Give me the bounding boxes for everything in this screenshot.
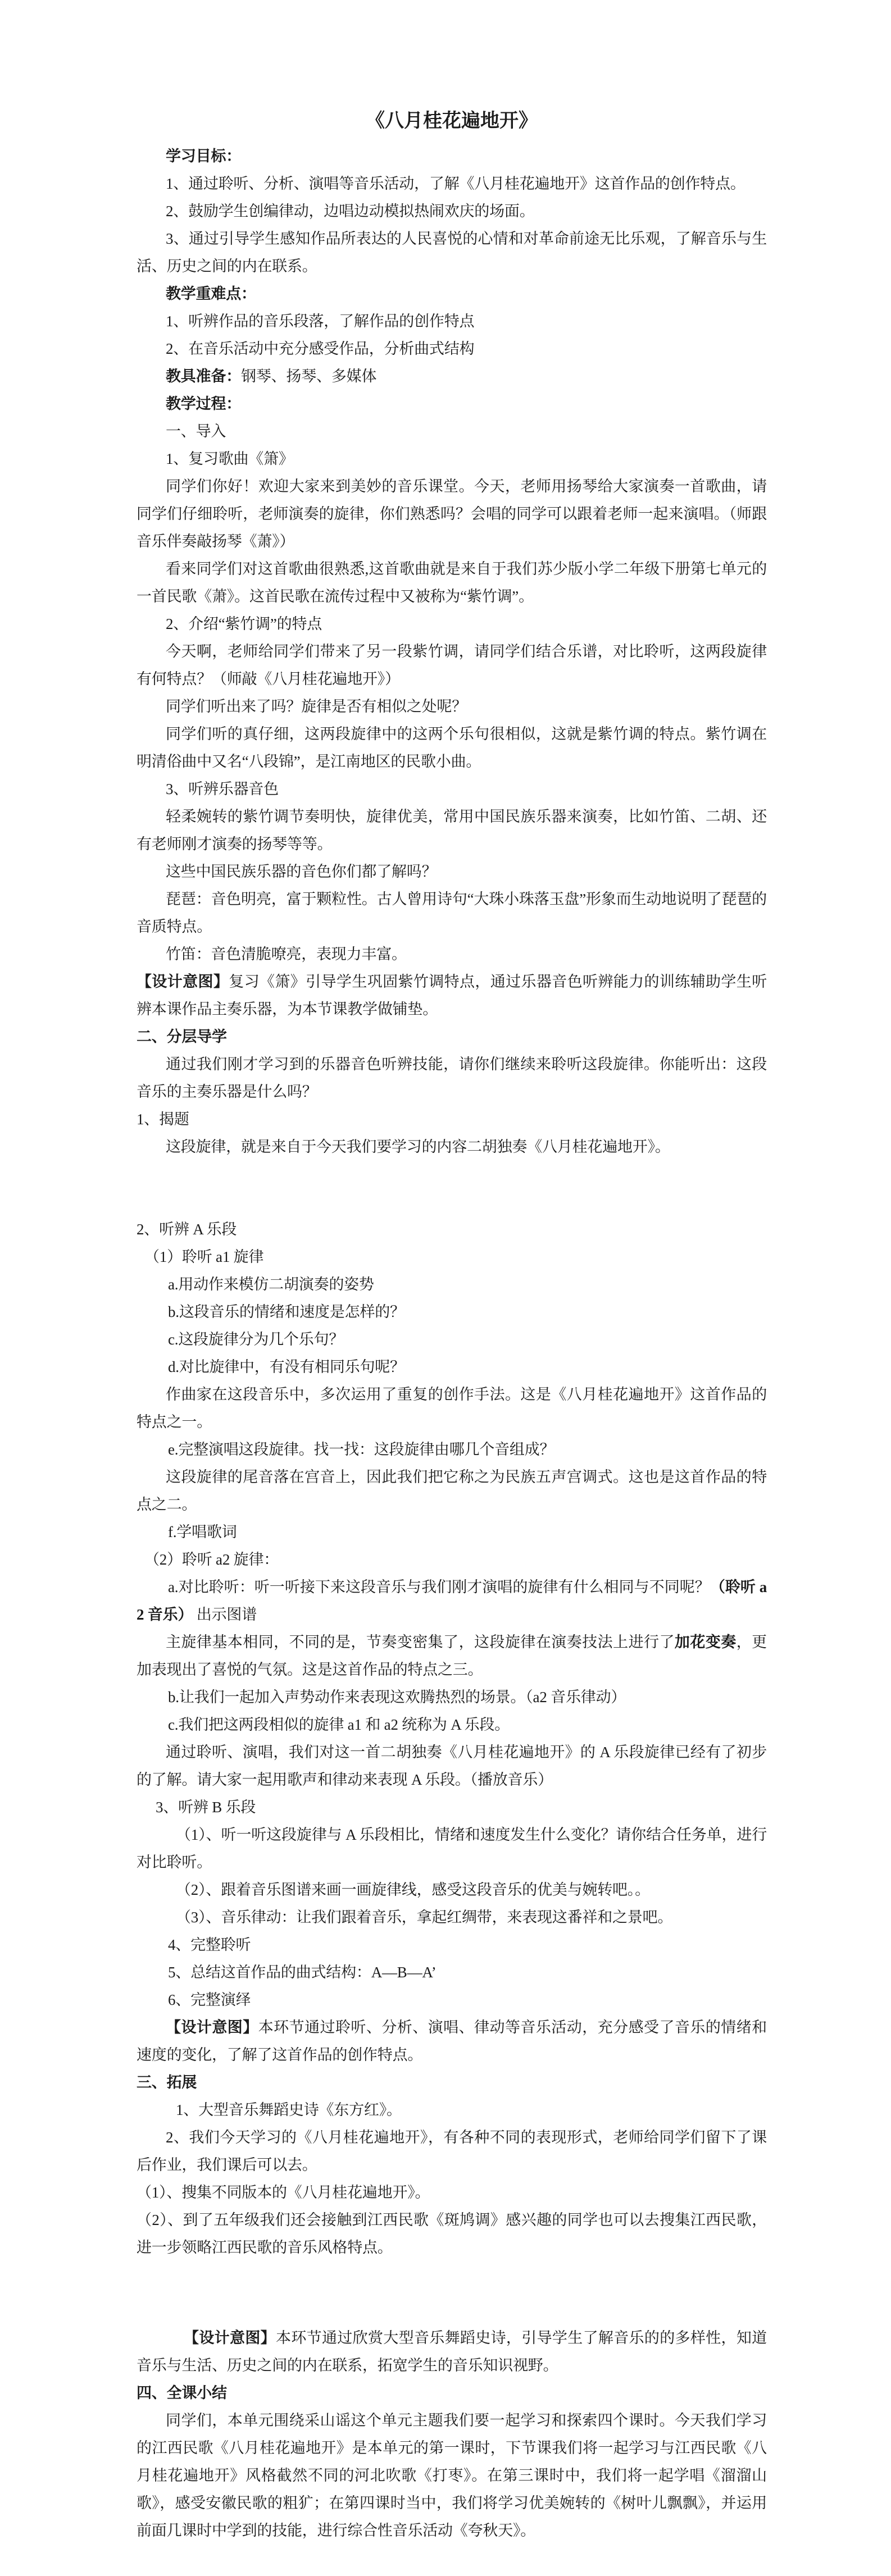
a1-item-f: f.学唱歌词 <box>137 1519 767 1546</box>
final-summary: 同学们，本单元围绕采山谣这个单元主题我们要一起学习和探索四个课时。今天我们学习的… <box>137 2407 767 2545</box>
homework-1: （1）、搜集不同版本的《八月桂花遍地开》。 <box>137 2179 767 2206</box>
section-1-title: 一、导入 <box>137 418 767 445</box>
b-item-3: （3）、音乐律动：让我们跟着音乐，拿起红绸带，来表现这番祥和之景吧。 <box>137 1904 767 1931</box>
zizhudiao-feature: 同学们听的真仔细，这两段旋律中的这两个乐句很相似，这就是紫竹调的特点。紫竹调在明… <box>137 721 767 776</box>
lesson-plan-document: 《八月桂花遍地开》 学习目标：1、通过聆听、分析、演唱等音乐活动，了解《八月桂花… <box>0 0 891 2576</box>
b-item-1: （1）、听一听这段旋律与 A 乐段相比，情绪和速度发生什么变化？请你结合任务单，… <box>137 1821 767 1876</box>
reveal-text: 这段旋律，就是来自于今天我们要学习的内容二胡独奏《八月桂花遍地开》。 <box>137 1133 767 1161</box>
teaching-aids: 教具准备：钢琴、扬琴、多媒体 <box>137 363 767 390</box>
teacher-intro: 同学们你好！欢迎大家来到美妙的音乐课堂。今天，老师用扬琴给大家演奏一首歌曲，请同… <box>137 473 767 555</box>
a2-item-a: a.对比聆听：听一听接下来这段音乐与我们刚才演唱的旋律有什么相同与不同呢？（聆听… <box>137 1574 767 1629</box>
step-2-zizhudiao: 2、介绍“紫竹调”的特点 <box>137 610 767 638</box>
section-4-title: 四、全课小结 <box>137 2379 767 2407</box>
key-points-heading: 教学重难点： <box>137 280 767 308</box>
compare-listen: 今天啊，老师给同学们带来了另一段紫竹调，请同学们结合乐谱，对比聆听，这两段旋律有… <box>137 638 767 693</box>
step-reveal-title: 1、揭题 <box>137 1106 767 1133</box>
document-title: 《八月桂花遍地开》 <box>137 107 767 136</box>
a2-item-c: c.我们把这两段相似的旋律 a1 和 a2 统称为 A 乐段。 <box>137 1711 767 1739</box>
spacer-1 <box>137 1161 767 1216</box>
feature-two: 这段旋律的尾音落在宫音上，因此我们把它称之为民族五声宫调式。这也是这首作品的特点… <box>137 1463 767 1519</box>
expand-1: 1、大型音乐舞蹈史诗《东方红》。 <box>137 2096 767 2124</box>
document-body: 学习目标：1、通过聆听、分析、演唱等音乐活动，了解《八月桂花遍地开》这首作品的创… <box>137 143 767 2545</box>
zhudi-desc: 竹笛：音色清脆嘹亮，表现力丰富。 <box>137 941 767 968</box>
step-1-review-song: 1、复习歌曲《箫》 <box>137 445 767 473</box>
listen-lead: 通过我们刚才学习到的乐器音色听辨技能，请你们继续来聆听这段旋律。你能听出：这段音… <box>137 1051 767 1106</box>
goal-3: 3、通过引导学生感知作品所表达的人民喜悦的心情和对革命前途无比乐观，了解音乐与生… <box>137 225 767 280</box>
step-b-section: 3、听辨 B 乐段 <box>137 1794 767 1821</box>
question-similar: 同学们听出来了吗？旋律是否有相似之处呢？ <box>137 693 767 721</box>
step-6-perform: 6、完整演绎 <box>137 1986 767 2014</box>
process-heading: 教学过程： <box>137 390 767 418</box>
a-section-summary: 通过聆听、演唱，我们对这一首二胡独奏《八月桂花遍地开》的 A 乐段旋律已经有了初… <box>137 1739 767 1794</box>
pipa-desc: 琵琶：音色明亮，富于颗粒性。古人曾用诗句“大珠小珠落玉盘”形象而生动地说明了琵琶… <box>137 886 767 941</box>
step-5-structure: 5、总结这首作品的曲式结构：A—B—A’ <box>137 1959 767 1986</box>
a1-item-b: b.这段音乐的情绪和速度是怎样的？ <box>137 1298 767 1326</box>
a2-item-b: b.让我们一起加入声势动作来表现这欢腾热烈的场景。（a2 音乐律动） <box>137 1684 767 1711</box>
a1-item-e: e.完整演唱这段旋律。找一找：这段旋律由哪几个音组成？ <box>137 1436 767 1463</box>
key-point-2: 2、在音乐活动中充分感受作品，分析曲式结构 <box>137 335 767 363</box>
step-4-full-listen: 4、完整聆听 <box>137 1931 767 1959</box>
section-3-title: 三、拓展 <box>137 2069 767 2096</box>
design-intent-3: 【设计意图】本环节通过欣赏大型音乐舞蹈史诗，引导学生了解音乐的的多样性，知道音乐… <box>137 2324 767 2379</box>
expand-2: 2、我们今天学习的《八月桂花遍地开》，有各种不同的表现形式，老师给同学们留下了课… <box>137 2124 767 2179</box>
timbre-intro: 轻柔婉转的紫竹调节奏明快，旋律优美，常用中国民族乐器来演奏，比如竹笛、二胡、还有… <box>137 803 767 858</box>
step-a-section: 2、听辨 A 乐段 <box>137 1216 767 1243</box>
step-3-timbre: 3、听辨乐器音色 <box>137 776 767 803</box>
spacer-2 <box>137 2262 767 2324</box>
goal-2: 2、鼓励学生创编律动，边唱边动模拟热闹欢庆的场面。 <box>137 198 767 225</box>
design-intent-2: 【设计意图】本环节通过聆听、分析、演唱、律动等音乐活动，充分感受了音乐的情绪和速… <box>137 2014 767 2069</box>
a1-listen: （1）聆听 a1 旋律 <box>137 1243 767 1271</box>
a2-listen: （2）聆听 a2 旋律： <box>137 1546 767 1574</box>
a1-item-d: d.对比旋律中，有没有相同乐句呢？ <box>137 1353 767 1381</box>
feature-one: 作曲家在这段音乐中，多次运用了重复的创作手法。这是《八月桂花遍地开》这首作品的特… <box>137 1381 767 1436</box>
b-item-2: （2）、跟着音乐图谱来画一画旋律线，感受这段音乐的优美与婉转吧。。 <box>137 1876 767 1904</box>
a1-item-c: c.这段旋律分为几个乐句？ <box>137 1326 767 1353</box>
learning-goals-heading: 学习目标： <box>137 143 767 170</box>
feature-three: 主旋律基本相同，不同的是，节奏变密集了，这段旋律在演奏技法上进行了加花变奏，更加… <box>137 1629 767 1684</box>
goal-1: 1、通过聆听、分析、演唱等音乐活动，了解《八月桂花遍地开》这首作品的创作特点。 <box>137 170 767 198</box>
timbre-question: 这些中国民族乐器的音色你们都了解吗？ <box>137 858 767 886</box>
design-intent-1: 【设计意图】复习《箫》引导学生巩固紫竹调特点，通过乐器音色听辨能力的训练辅助学生… <box>137 968 767 1023</box>
a1-item-a: a.用动作来模仿二胡演奏的姿势 <box>137 1271 767 1298</box>
section-2-title: 二、分层导学 <box>137 1023 767 1051</box>
key-point-1: 1、听辨作品的音乐段落，了解作品的创作特点 <box>137 308 767 335</box>
song-origin: 看来同学们对这首歌曲很熟悉,这首歌曲就是来自于我们苏少版小学二年级下册第七单元的… <box>137 555 767 610</box>
homework-2: （2）、到了五年级我们还会接触到江西民歌《斑鸠调》感兴趣的同学也可以去搜集江西民… <box>137 2206 767 2262</box>
